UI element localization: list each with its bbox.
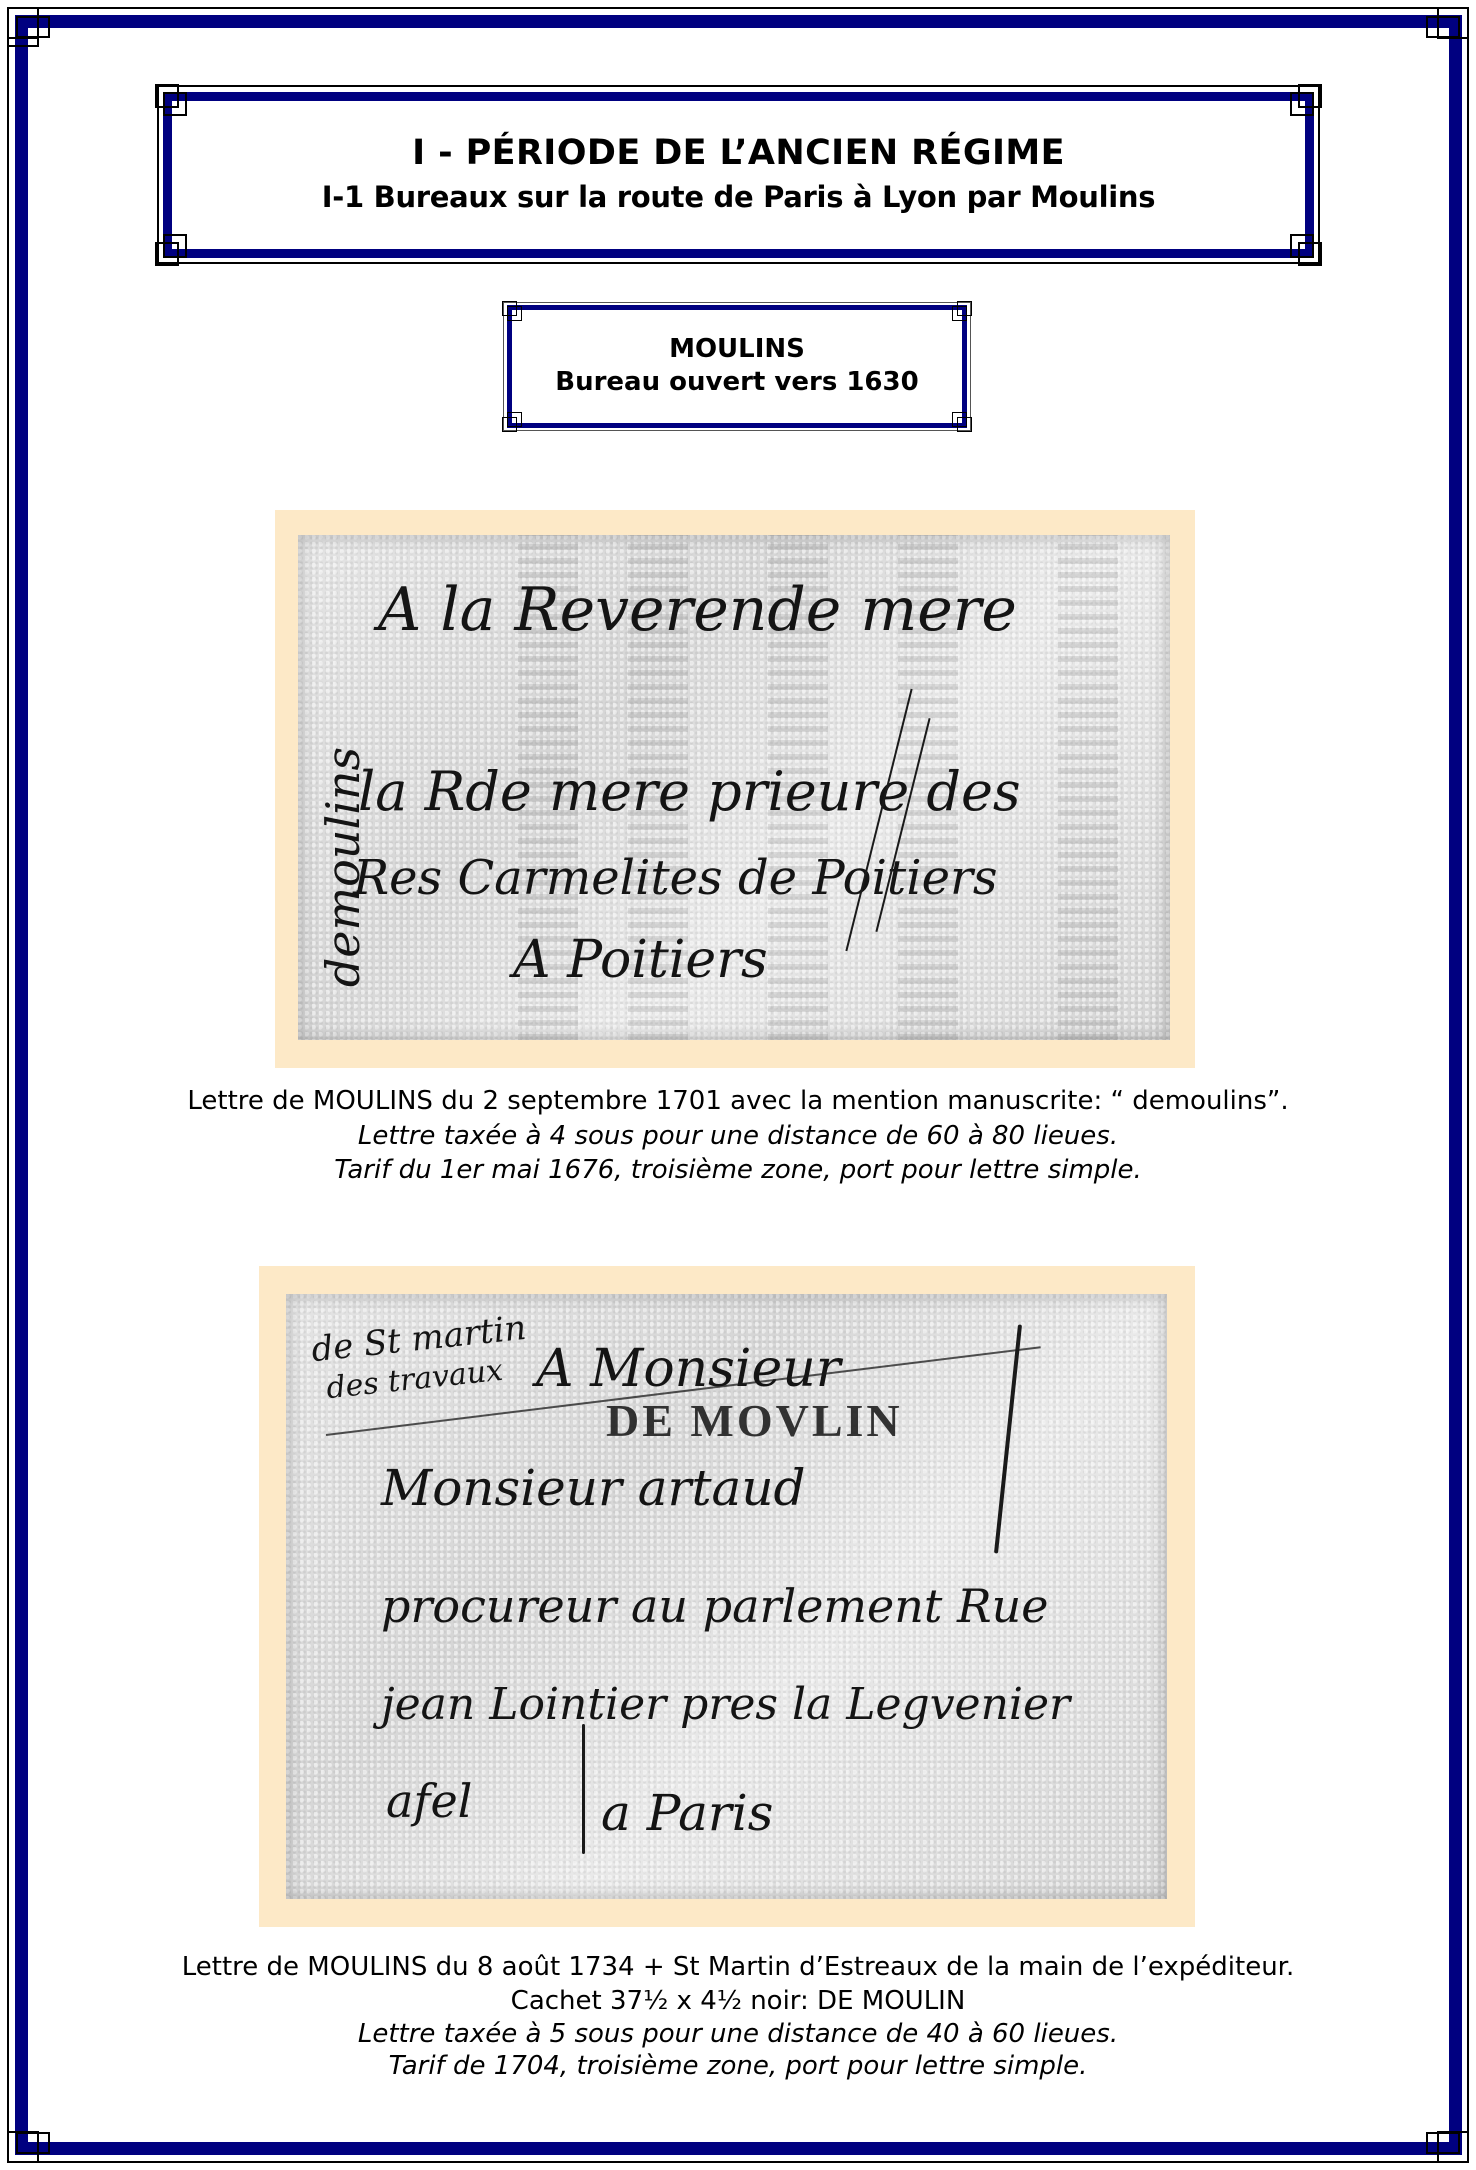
letter-1-address-line-1: A la Reverende mere: [378, 575, 1017, 645]
corner-ornament-icon: [1426, 2132, 1460, 2154]
letter-1-address-line-4: A Poitiers: [513, 930, 768, 990]
corner-ornament-icon: [16, 16, 50, 38]
corner-ornament-icon: [163, 92, 187, 116]
corner-ornament-icon: [507, 306, 522, 321]
corner-ornament-icon: [1290, 234, 1314, 258]
letter-2-caption-line-1: Lettre de MOULINS du 8 août 1734 + St Ma…: [120, 1950, 1356, 1984]
letter-2-address-line-3: procureur au parlement Rue: [381, 1579, 1049, 1633]
page-title: I - PÉRIODE DE L’ANCIEN RÉGIME: [155, 133, 1322, 173]
corner-ornament-icon: [163, 234, 187, 258]
letter-1-caption-line-1: Lettre de MOULINS du 2 septembre 1701 av…: [120, 1084, 1356, 1118]
letter-2-address-line-5: a Paris: [601, 1784, 773, 1842]
corner-ornament-icon: [507, 412, 522, 427]
letter-2-address-line-4: jean Lointier pres la Legvenier: [381, 1679, 1070, 1730]
title-box-band: [163, 92, 1314, 258]
letter-2-postmark-stamp: DE MOVLIN: [606, 1394, 903, 1447]
office-opened: Bureau ouvert vers 1630: [502, 367, 972, 397]
corner-ornament-icon: [952, 412, 967, 427]
letter-2-address-line-2: Monsieur artaud: [381, 1459, 806, 1517]
letter-1-caption-line-3: Tarif du 1er mai 1676, troisième zone, p…: [120, 1153, 1356, 1187]
letter-1-image: A la Reverende mere la Rde mere prieure …: [298, 535, 1170, 1040]
letter-1-address-line-3: Res Carmelites de Poitiers: [353, 850, 998, 906]
letter-1-address-line-2: la Rde mere prieure des: [358, 760, 1021, 823]
tax-mark-stroke: [582, 1724, 585, 1854]
show-through-print: [1058, 535, 1118, 1040]
corner-ornament-icon: [16, 2132, 50, 2154]
office-name: MOULINS: [502, 334, 972, 364]
tax-mark-stroke: [994, 1324, 1022, 1553]
letter-1-caption-line-2: Lettre taxée à 4 sous pour une distance …: [120, 1119, 1356, 1153]
page-subtitle: I-1 Bureaux sur la route de Paris à Lyon…: [155, 180, 1322, 214]
corner-ornament-icon: [952, 306, 967, 321]
letter-2-caption-line-3: Lettre taxée à 5 sous pour une distance …: [120, 2017, 1356, 2051]
corner-ornament-icon: [1290, 92, 1314, 116]
letter-1-margin-note: demoulins: [316, 702, 370, 1032]
letter-2-caption-line-2: Cachet 37½ x 4½ noir: DE MOULIN: [120, 1984, 1356, 2018]
letter-2-caption-line-4: Tarif de 1704, troisième zone, port pour…: [120, 2049, 1356, 2083]
corner-ornament-icon: [1426, 16, 1460, 38]
title-box: [155, 84, 1322, 266]
letter-2-image: de St martin des travaux A Monsieur DE M…: [286, 1294, 1167, 1899]
corner-ornament-icon: [7, 39, 39, 47]
letter-2-note: afel: [386, 1774, 472, 1828]
